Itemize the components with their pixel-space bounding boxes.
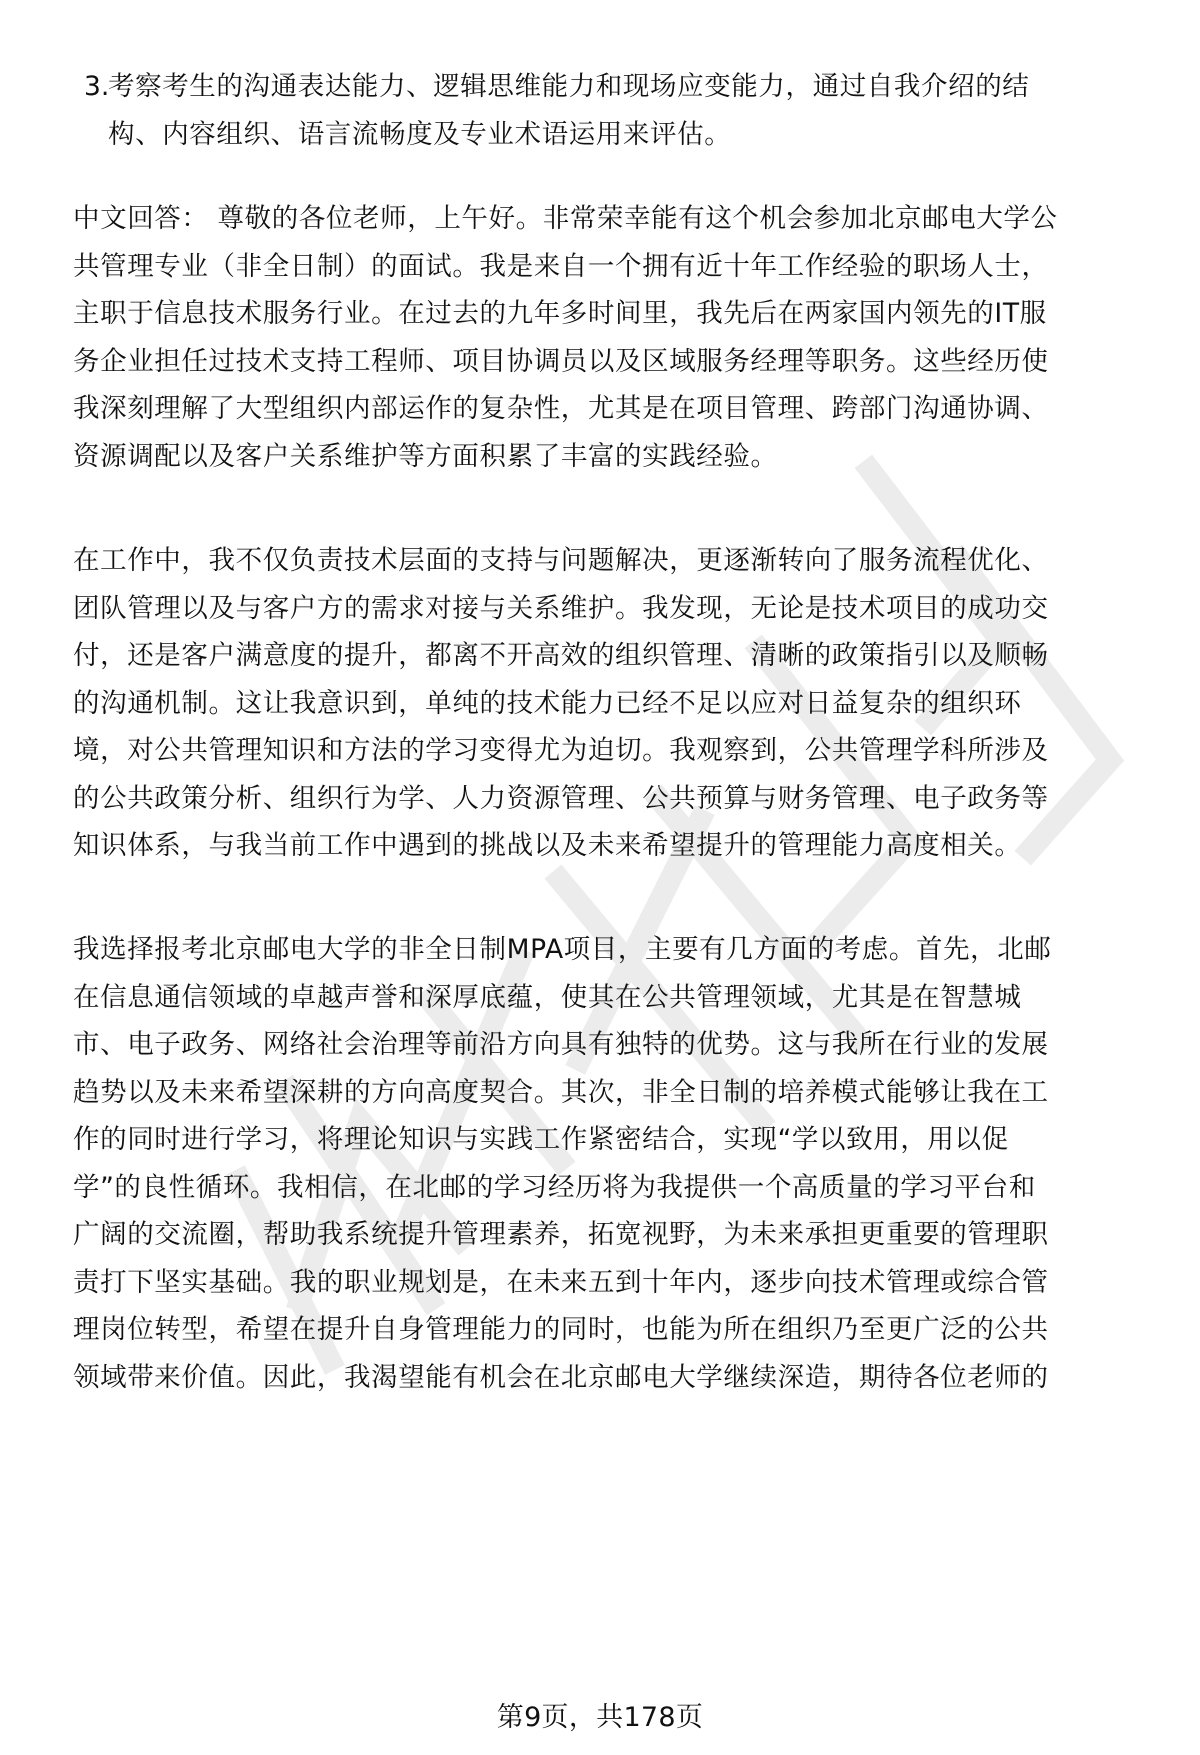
document-page: 3. 考察考生的沟通表达能力、逻辑思维能力和现场应变能力，通过自我介绍的结 构、… [0, 0, 1200, 1755]
text-line: 资源调配以及客户关系维护等方面积累了丰富的实践经验。 [73, 440, 1153, 474]
text-line: 知识体系，与我当前工作中遇到的挑战以及未来希望提升的管理能力高度相关。 [73, 829, 1153, 863]
text-line: 在信息通信领域的卓越声誉和深厚底蕴，使其在公共管理领域，尤其是在智慧城 [73, 981, 1153, 1015]
text-line: 考察考生的沟通表达能力、逻辑思维能力和现场应变能力，通过自我介绍的结 [108, 70, 1188, 104]
text-line: 务企业担任过技术支持工程师、项目协调员以及区域服务经理等职务。这些经历使 [73, 345, 1153, 379]
text-line: 趋势以及未来希望深耕的方向高度契合。其次，非全日制的培养模式能够让我在工 [73, 1076, 1153, 1110]
text-line: 构、内容组织、语言流畅度及专业术语运用来评估。 [108, 118, 1188, 152]
text-line: 学”的良性循环。我相信，在北邮的学习经历将为我提供一个高质量的学习平台和 [73, 1171, 1153, 1205]
text-line: 境，对公共管理知识和方法的学习变得尤为迫切。我观察到，公共管理学科所涉及 [73, 734, 1153, 768]
text-line: 我选择报考北京邮电大学的非全日制MPA项目，主要有几方面的考虑。首先，北邮 [73, 933, 1153, 967]
text-line: 主职于信息技术服务行业。在过去的九年多时间里，我先后在两家国内领先的IT服 [73, 297, 1153, 331]
text-line: 的沟通机制。这让我意识到，单纯的技术能力已经不足以应对日益复杂的组织环 [73, 687, 1153, 721]
text-line: 共管理专业（非全日制）的面试。我是来自一个拥有近十年工作经验的职场人士， [73, 250, 1153, 284]
text-line: 付，还是客户满意度的提升，都离不开高效的组织管理、清晰的政策指引以及顺畅 [73, 639, 1153, 673]
text-line: 责打下坚实基础。我的职业规划是，在未来五到十年内，逐步向技术管理或综合管 [73, 1266, 1153, 1300]
text-line: 市、电子政务、网络社会治理等前沿方向具有独特的优势。这与我所在行业的发展 [73, 1028, 1153, 1062]
page-number-footer: 第9页，共178页 [0, 1700, 1200, 1736]
text-line: 在工作中，我不仅负责技术层面的支持与问题解决，更逐渐转向了服务流程优化、 [73, 544, 1153, 578]
list-number: 3. [84, 70, 109, 104]
text-line: 领域带来价值。因此，我渴望能有机会在北京邮电大学继续深造，期待各位老师的 [73, 1361, 1153, 1395]
text-line: 理岗位转型，希望在提升自身管理能力的同时，也能为所在组织乃至更广泛的公共 [73, 1313, 1153, 1347]
text-line: 团队管理以及与客户方的需求对接与关系维护。我发现，无论是技术项目的成功交 [73, 592, 1153, 626]
text-line: 作的同时进行学习，将理论知识与实践工作紧密结合，实现“学以致用，用以促 [73, 1123, 1153, 1157]
text-line: 广阔的交流圈，帮助我系统提升管理素养，拓宽视野，为未来承担更重要的管理职 [73, 1218, 1153, 1252]
text-line: 中文回答： 尊敬的各位老师，上午好。非常荣幸能有这个机会参加北京邮电大学公 [73, 202, 1153, 236]
text-line: 我深刻理解了大型组织内部运作的复杂性，尤其是在项目管理、跨部门沟通协调、 [73, 392, 1153, 426]
text-line: 的公共政策分析、组织行为学、人力资源管理、公共预算与财务管理、电子政务等 [73, 782, 1153, 816]
